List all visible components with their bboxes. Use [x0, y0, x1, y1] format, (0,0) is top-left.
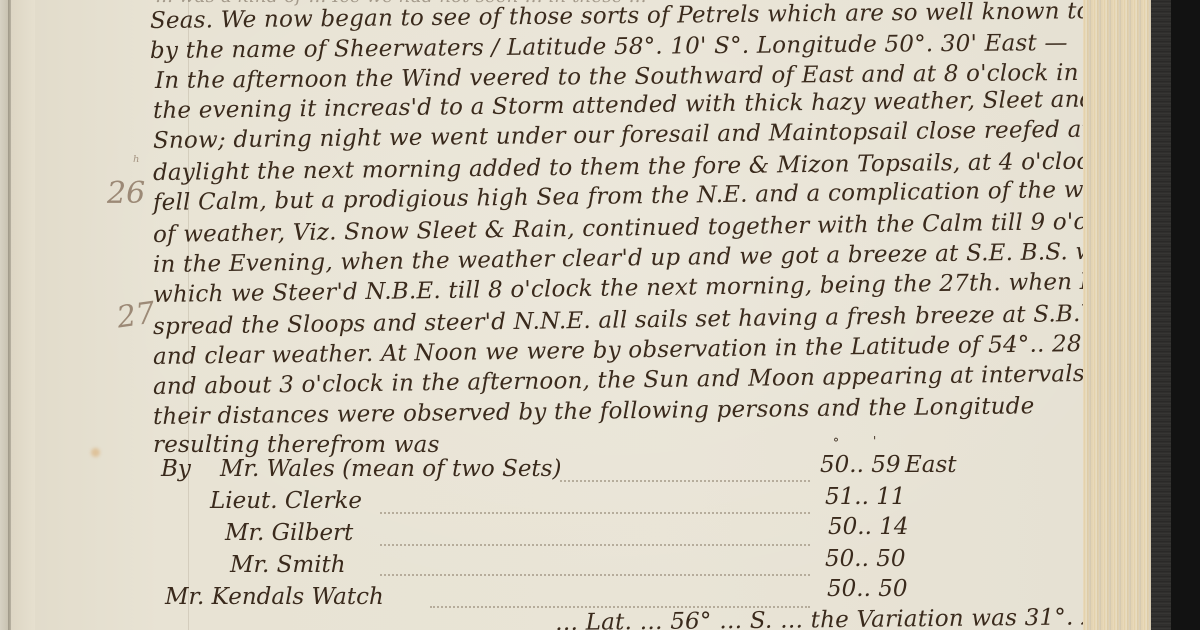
journal-line-15: resulting therefrom was — [153, 432, 440, 458]
manuscript-page: ʰ 26 27 … was a kind of … Ice we had not… — [35, 0, 1083, 630]
observation-lead-word: By — [161, 456, 191, 482]
leader-dots — [380, 510, 810, 514]
degree-mark: ° — [833, 436, 839, 450]
book-binding — [1151, 0, 1171, 630]
margin-date-mark: ʰ — [133, 152, 140, 171]
longitude-value-wales: 50.. 59 — [820, 452, 900, 478]
page-edges-stack — [1083, 0, 1151, 630]
leader-dots — [560, 478, 810, 482]
longitude-value-clerke: 51.. 11 — [825, 484, 905, 510]
journal-line-2: by the name of Sheerwaters / Latitude 58… — [150, 30, 1068, 64]
longitude-suffix-east: East — [905, 452, 957, 478]
previous-page-edge — [0, 0, 8, 630]
book-cover — [1171, 0, 1200, 630]
document-viewer: ʰ 26 27 … was a kind of … Ice we had not… — [0, 0, 1200, 630]
margin-date-27: 27 — [115, 296, 158, 336]
foxing-stain — [91, 448, 100, 457]
leader-dots — [380, 572, 810, 576]
observer-name-kendal-watch: Mr. Kendals Watch — [165, 584, 384, 610]
observer-name-gilbert: Mr. Gilbert — [225, 520, 353, 546]
longitude-value-gilbert: 50.. 14 — [828, 514, 908, 540]
journal-line-14: their distances were observed by the fol… — [153, 393, 1035, 430]
minute-mark: ' — [873, 434, 876, 448]
longitude-value-kendal-watch: 50.. 50 — [827, 576, 907, 602]
leader-dots — [380, 542, 810, 546]
observer-name-wales: Mr. Wales (mean of two Sets) — [220, 456, 561, 482]
observer-name-smith: Mr. Smith — [230, 552, 346, 578]
observer-name-clerke: Lieut. Clerke — [210, 488, 362, 514]
gutter-shadow — [11, 0, 35, 630]
margin-date-26: 26 — [107, 176, 145, 211]
longitude-value-smith: 50.. 50 — [825, 546, 905, 572]
